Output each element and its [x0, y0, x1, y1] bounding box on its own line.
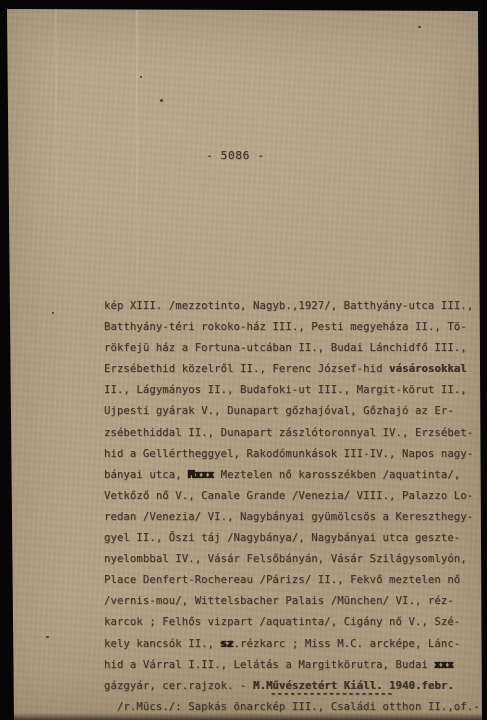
- text-line: Batthyány-téri rokoko-ház III., Pesti me…: [104, 317, 484, 338]
- text-segment: redan /Venezia/ VI., Nagybányai gyümölcs…: [104, 511, 473, 523]
- text-line: gyel II., Őszi táj /Nagybánya/, Nagybány…: [104, 528, 484, 549]
- text-line: nyelombbal IV., Vásár Felsőbányán, Vásár…: [104, 549, 484, 570]
- text-segment: .rézkarc ; Miss M.C. arcképe, Lánc-: [234, 638, 461, 650]
- text-line: II., Lágymányos II., Budafoki-ut III., M…: [104, 380, 484, 401]
- text-segment: kép XIII. /mezzotinto, Nagyb.,1927/, Bat…: [104, 300, 473, 312]
- text-segment: Erzsébethid közelről II., Ferenc József-…: [104, 363, 389, 375]
- text-segment: /r.Mücs./: Sapkás önarckép III., Családi…: [104, 701, 480, 713]
- text-line: kely kancsók II., sz.rézkarc ; Miss M.C.…: [104, 634, 484, 655]
- text-segment: gázgyár, cer.rajzok. -: [104, 680, 253, 692]
- page-number: - 5086 -: [206, 149, 265, 162]
- text-segment: hid a Gellértheggyel, Rakodómunkások III…: [104, 448, 473, 460]
- text-line: /vernis-mou/, Wittelsbacher Palais /Münc…: [104, 591, 484, 612]
- paper-sheet: - 5086 - kép XIII. /mezzotinto, Nagyb.,1…: [0, 0, 487, 720]
- text-line: kép XIII. /mezzotinto, Nagyb.,1927/, Bat…: [104, 296, 484, 317]
- scan-speck: [52, 312, 54, 314]
- text-line: Erzsébethid közelről II., Ferenc József-…: [104, 359, 484, 380]
- text-segment: Meztelen nő karosszékben /aquatinta/,: [214, 469, 460, 481]
- scan-speck: [418, 26, 421, 28]
- text-segment: kely kancsók II.,: [104, 638, 221, 650]
- text-line: redan /Venezia/ VI., Nagybányai gyümölcs…: [104, 507, 484, 528]
- scan-speck: [46, 636, 49, 638]
- text-line: hid a Gellértheggyel, Rakodómunkások III…: [104, 444, 484, 465]
- text-segment: rökfejü ház a Fortuna-utcában II., Budai…: [104, 342, 467, 354]
- overstruck-text: sz: [221, 638, 234, 650]
- scanned-page: { "colors": { "paper": "#b3a286", "ink":…: [0, 0, 487, 720]
- overstruck-text: Mxxx: [188, 469, 214, 481]
- text-segment: gyel II., Őszi táj /Nagybánya/, Nagybány…: [104, 532, 460, 544]
- text-line: hid a Várral I.II., Lelátás a Margitköru…: [104, 655, 484, 676]
- paper-crease: [136, 10, 138, 310]
- paper-crease: [55, 9, 57, 259]
- text-line: Ujpesti gyárak V., Dunapart gőzhajóval, …: [104, 401, 484, 422]
- typed-underline: -------------------: [270, 689, 393, 699]
- text-line: bányai utca, Mxxx Meztelen nő karosszékb…: [104, 465, 484, 486]
- text-line: rökfejü ház a Fortuna-utcában II., Budai…: [104, 338, 484, 359]
- text-line: karcok ; Felhős vizpart /aquatinta/, Cig…: [104, 612, 484, 633]
- overstruck-text: vásárosokkal: [389, 363, 467, 375]
- text-segment: Batthyány-téri rokoko-ház III., Pesti me…: [104, 321, 467, 333]
- text-segment: II., Lágymányos II., Budafoki-ut III., M…: [104, 384, 467, 396]
- text-block: kép XIII. /mezzotinto, Nagyb.,1927/, Bat…: [104, 296, 484, 718]
- scan-speck: [160, 99, 163, 102]
- text-segment: Place Denfert-Rochereau /Párizs/ II., Fe…: [104, 574, 460, 586]
- scan-speck: [140, 76, 142, 78]
- overstruck-text: xxx: [434, 659, 453, 671]
- text-segment: hid a Várral I.II., Lelátás a Margitköru…: [104, 659, 434, 671]
- text-segment: /vernis-mou/, Wittelsbacher Palais /Münc…: [104, 595, 454, 607]
- text-segment: karcok ; Felhős vizpart /aquatinta/, Cig…: [104, 616, 460, 628]
- text-line: Vetkőző nő V., Canale Grande /Venezia/ V…: [104, 486, 484, 507]
- text-segment: bányai utca,: [104, 469, 188, 481]
- text-line: zsébethiddal II., Dunapart zászlótoronny…: [104, 423, 484, 444]
- text-segment: zsébethiddal II., Dunapart zászlótoronny…: [104, 427, 473, 439]
- text-segment: Vetkőző nő V., Canale Grande /Venezia/ V…: [104, 490, 473, 502]
- text-segment: nyelombbal IV., Vásár Felsőbányán, Vásár…: [104, 553, 467, 565]
- text-segment: Ujpesti gyárak V., Dunapart gőzhajóval, …: [104, 405, 454, 417]
- text-line: Place Denfert-Rochereau /Párizs/ II., Fe…: [104, 570, 484, 591]
